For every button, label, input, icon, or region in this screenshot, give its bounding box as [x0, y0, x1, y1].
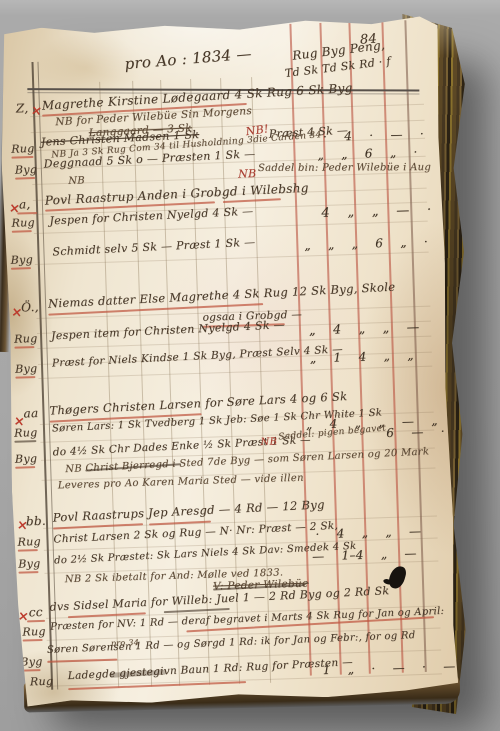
- margin-crop-label: Rug: [14, 427, 38, 439]
- red-underline: [53, 523, 143, 529]
- dark-underline: [14, 440, 36, 442]
- margin-crop-label: Rug: [22, 626, 46, 638]
- margin-crop-label: Rug: [11, 217, 35, 229]
- rug-values: · 4 „ „ —: [315, 525, 421, 540]
- entry-note: Leveres pro Ao Karen Maria Sted — vide i…: [58, 474, 304, 492]
- red-underline: [23, 639, 43, 642]
- rug-values: 4 „ „ — ·: [321, 204, 431, 220]
- guide-line: [38, 366, 432, 379]
- entry-letter: Ö.,: [21, 301, 39, 314]
- red-underline: [15, 376, 35, 379]
- year-heading: pro Ao : 1834 —: [124, 46, 252, 72]
- margin-crop-label: Rug: [11, 143, 35, 155]
- ledger-page: pro Ao : 1834 — 84 Rug Byg Peng, Td Sk T…: [0, 15, 459, 706]
- entry-letter: a,: [19, 198, 31, 210]
- entry-letter: bb.: [26, 515, 46, 528]
- nb-mark: NB: [260, 437, 277, 448]
- margin-crop-label: Byg: [20, 656, 43, 668]
- nb-mark: NB: [238, 168, 257, 180]
- red-underline: [14, 346, 34, 349]
- red-underline: [47, 659, 117, 663]
- entry-letter: cc: [29, 606, 43, 618]
- byg-values: — 1–4 „ —: [312, 547, 417, 562]
- byg-values: 6 — ·: [386, 425, 445, 439]
- red-underline: [15, 177, 35, 180]
- margin-crop-label: Byg: [18, 558, 41, 570]
- rug-values: · 4 · — · ·: [323, 127, 446, 143]
- red-column-rule: [348, 22, 370, 674]
- last-values: 1 „ · — · — ·: [323, 659, 477, 676]
- red-underline: [18, 571, 38, 574]
- byg-values: „ 1 4 „ „: [310, 349, 414, 364]
- byg-values: „ „ „ 6 „ ·: [304, 236, 428, 252]
- margin-crop-label: Rug: [17, 536, 41, 548]
- red-underline: [223, 198, 281, 203]
- red-underline: [15, 466, 35, 469]
- red-underline: [11, 267, 31, 270]
- entry-note: Saddel bin: Peder Wilebüe i Aug: [258, 163, 431, 174]
- margin-crop-label: Rug: [14, 333, 38, 345]
- red-underline: [27, 620, 45, 623]
- byg-values: „ „ 6 „ ·: [317, 146, 417, 161]
- margin-crop-label: Byg: [11, 254, 34, 266]
- red-underline: [11, 156, 33, 159]
- nb-small: NB: [68, 176, 85, 187]
- dark-column-rule: [404, 20, 426, 672]
- entry-letter: Z,: [16, 102, 29, 114]
- margin-crop-label: Byg: [15, 453, 38, 465]
- margin-crop-label: Rug: [30, 676, 54, 688]
- red-underline: [18, 549, 38, 552]
- ruled-lines: [0, 15, 437, 29]
- margin-crop-label: Byg: [15, 164, 38, 176]
- rug-values: „ 4 „ „ —: [309, 321, 420, 337]
- ledger-photo: pro Ao : 1834 — 84 Rug Byg Peng, Td Sk T…: [0, 0, 500, 731]
- ink-blot: [387, 564, 408, 590]
- guide-line: [32, 172, 426, 185]
- margin-crop-label: Byg: [15, 363, 38, 375]
- red-underline: [12, 230, 32, 233]
- entry-letter: aa: [23, 407, 38, 419]
- red-underline: [21, 669, 41, 672]
